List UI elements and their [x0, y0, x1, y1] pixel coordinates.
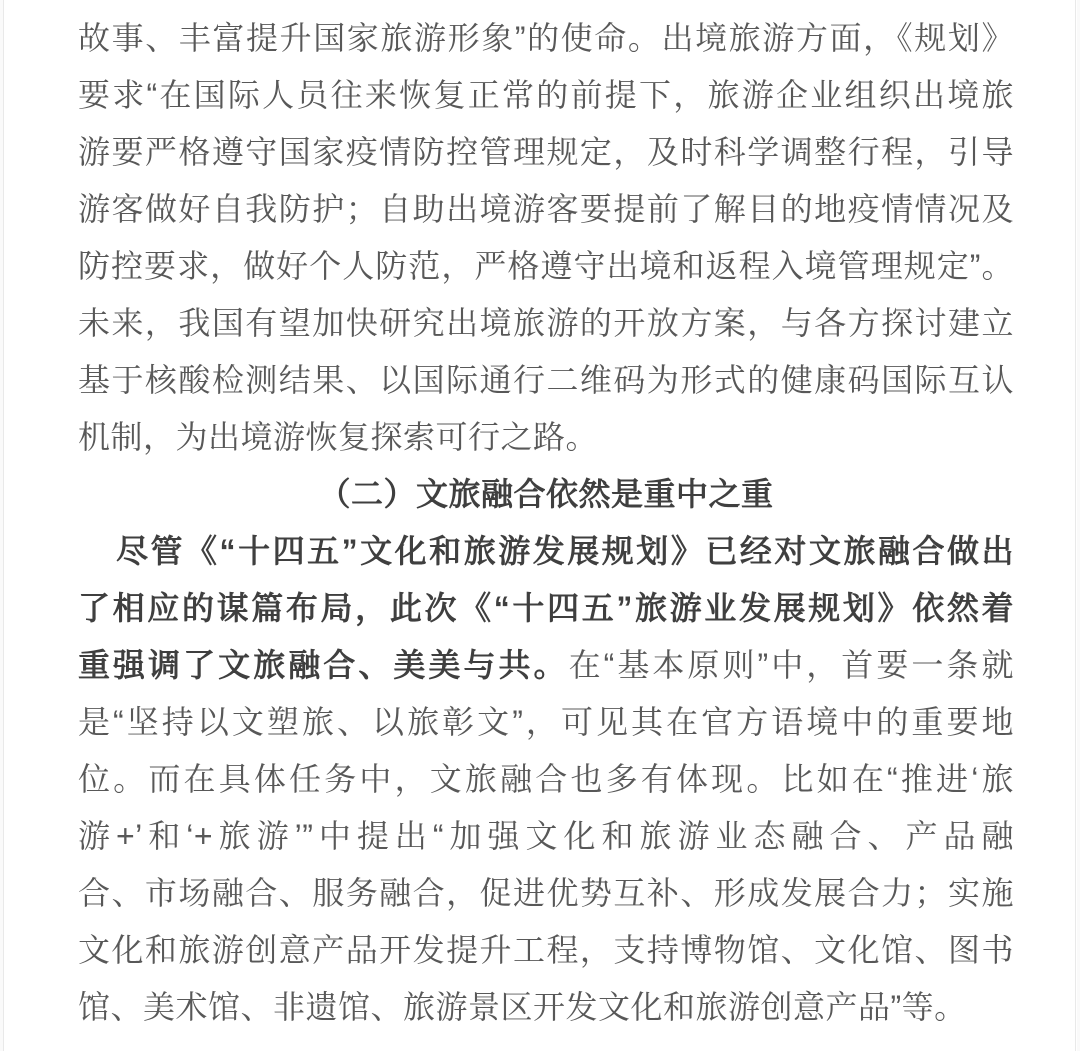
text-run: 未来，我国有望加快研究出境旅游的开放方案，与各方探讨建立	[78, 305, 1014, 341]
text-run: 馆、美术馆、非遗馆、旅游景区开发文化和旅游创意产品”等。	[78, 989, 967, 1025]
bold-text-run: 了相应的谋篇布局，此次《“十四五”旅游业发展规划》依然着	[78, 590, 1014, 626]
text-run: 要求“在国际人员往来恢复正常的前提下，旅游企业组织出境旅	[78, 77, 1014, 113]
text-run: 故事、丰富提升国家旅游形象”的使命。出境旅游方面，《规划》	[78, 20, 1014, 56]
text-line: 合、市场融合、服务融合，促进优势互补、形成发展合力；实施	[78, 865, 1014, 922]
text-line: 重强调了文旅融合、美美与共。在“基本原则”中，首要一条就	[78, 637, 1014, 694]
text-line: 是“坚持以文塑旅、以旅彰文”，可见其在官方语境中的重要地	[78, 694, 1014, 751]
text-line: 防控要求，做好个人防范，严格遵守出境和返程入境管理规定”。	[78, 238, 1014, 295]
text-line: 游要严格遵守国家疫情防控管理规定，及时科学调整行程，引导	[78, 124, 1014, 181]
article-body: 故事、丰富提升国家旅游形象”的使命。出境旅游方面，《规划》要求“在国际人员往来恢…	[78, 10, 1014, 1036]
text-line: 未来，我国有望加快研究出境旅游的开放方案，与各方探讨建立	[78, 295, 1014, 352]
text-run: 合、市场融合、服务融合，促进优势互补、形成发展合力；实施	[78, 875, 1014, 911]
text-run: 游要严格遵守国家疫情防控管理规定，及时科学调整行程，引导	[78, 134, 1014, 170]
text-run: 在“基本原则”中，首要一条就	[569, 647, 1014, 683]
section-heading: （二）文旅融合依然是重中之重	[78, 466, 1014, 523]
text-line: 馆、美术馆、非遗馆、旅游景区开发文化和旅游创意产品”等。	[78, 979, 1014, 1036]
bold-text-run: 重强调了文旅融合、美美与共。	[78, 647, 569, 683]
bold-text-run: （二）文旅融合依然是重中之重	[318, 476, 773, 512]
text-line: 位。而在具体任务中，文旅融合也多有体现。比如在“推进‘旅	[78, 751, 1014, 808]
text-line: 游客做好自我防护；自助出境游客要提前了解目的地疫情情况及	[78, 181, 1014, 238]
text-line: 文化和旅游创意产品开发提升工程，支持博物馆、文化馆、图书	[78, 922, 1014, 979]
text-run: 是“坚持以文塑旅、以旅彰文”，可见其在官方语境中的重要地	[78, 704, 1014, 740]
text-run: 游+’和‘+旅游’”中提出“加强文化和旅游业态融合、产品融	[78, 818, 1014, 854]
text-run: 防控要求，做好个人防范，严格遵守出境和返程入境管理规定”。	[78, 248, 1014, 284]
text-run: 基于核酸检测结果、以国际通行二维码为形式的健康码国际互认	[78, 362, 1014, 398]
text-run: 位。而在具体任务中，文旅融合也多有体现。比如在“推进‘旅	[78, 761, 1014, 797]
text-line: 了相应的谋篇布局，此次《“十四五”旅游业发展规划》依然着	[78, 580, 1014, 637]
text-line: 基于核酸检测结果、以国际通行二维码为形式的健康码国际互认	[78, 352, 1014, 409]
text-line: 游+’和‘+旅游’”中提出“加强文化和旅游业态融合、产品融	[78, 808, 1014, 865]
text-run: 文化和旅游创意产品开发提升工程，支持博物馆、文化馆、图书	[78, 932, 1014, 968]
page-right-edge-line	[1075, 0, 1076, 1051]
text-run: 机制，为出境游恢复探索可行之路。	[78, 419, 598, 455]
text-line: 要求“在国际人员往来恢复正常的前提下，旅游企业组织出境旅	[78, 67, 1014, 124]
article-page: 故事、丰富提升国家旅游形象”的使命。出境旅游方面，《规划》要求“在国际人员往来恢…	[0, 0, 1080, 1051]
text-line: 机制，为出境游恢复探索可行之路。	[78, 409, 1014, 466]
text-line: 故事、丰富提升国家旅游形象”的使命。出境旅游方面，《规划》	[78, 10, 1014, 67]
text-line: 尽管《“十四五”文化和旅游发展规划》已经对文旅融合做出	[78, 523, 1014, 580]
bold-text-run: 尽管《“十四五”文化和旅游发展规划》已经对文旅融合做出	[116, 533, 1014, 569]
text-run: 游客做好自我防护；自助出境游客要提前了解目的地疫情情况及	[78, 191, 1014, 227]
page-left-edge-line	[3, 0, 4, 1051]
